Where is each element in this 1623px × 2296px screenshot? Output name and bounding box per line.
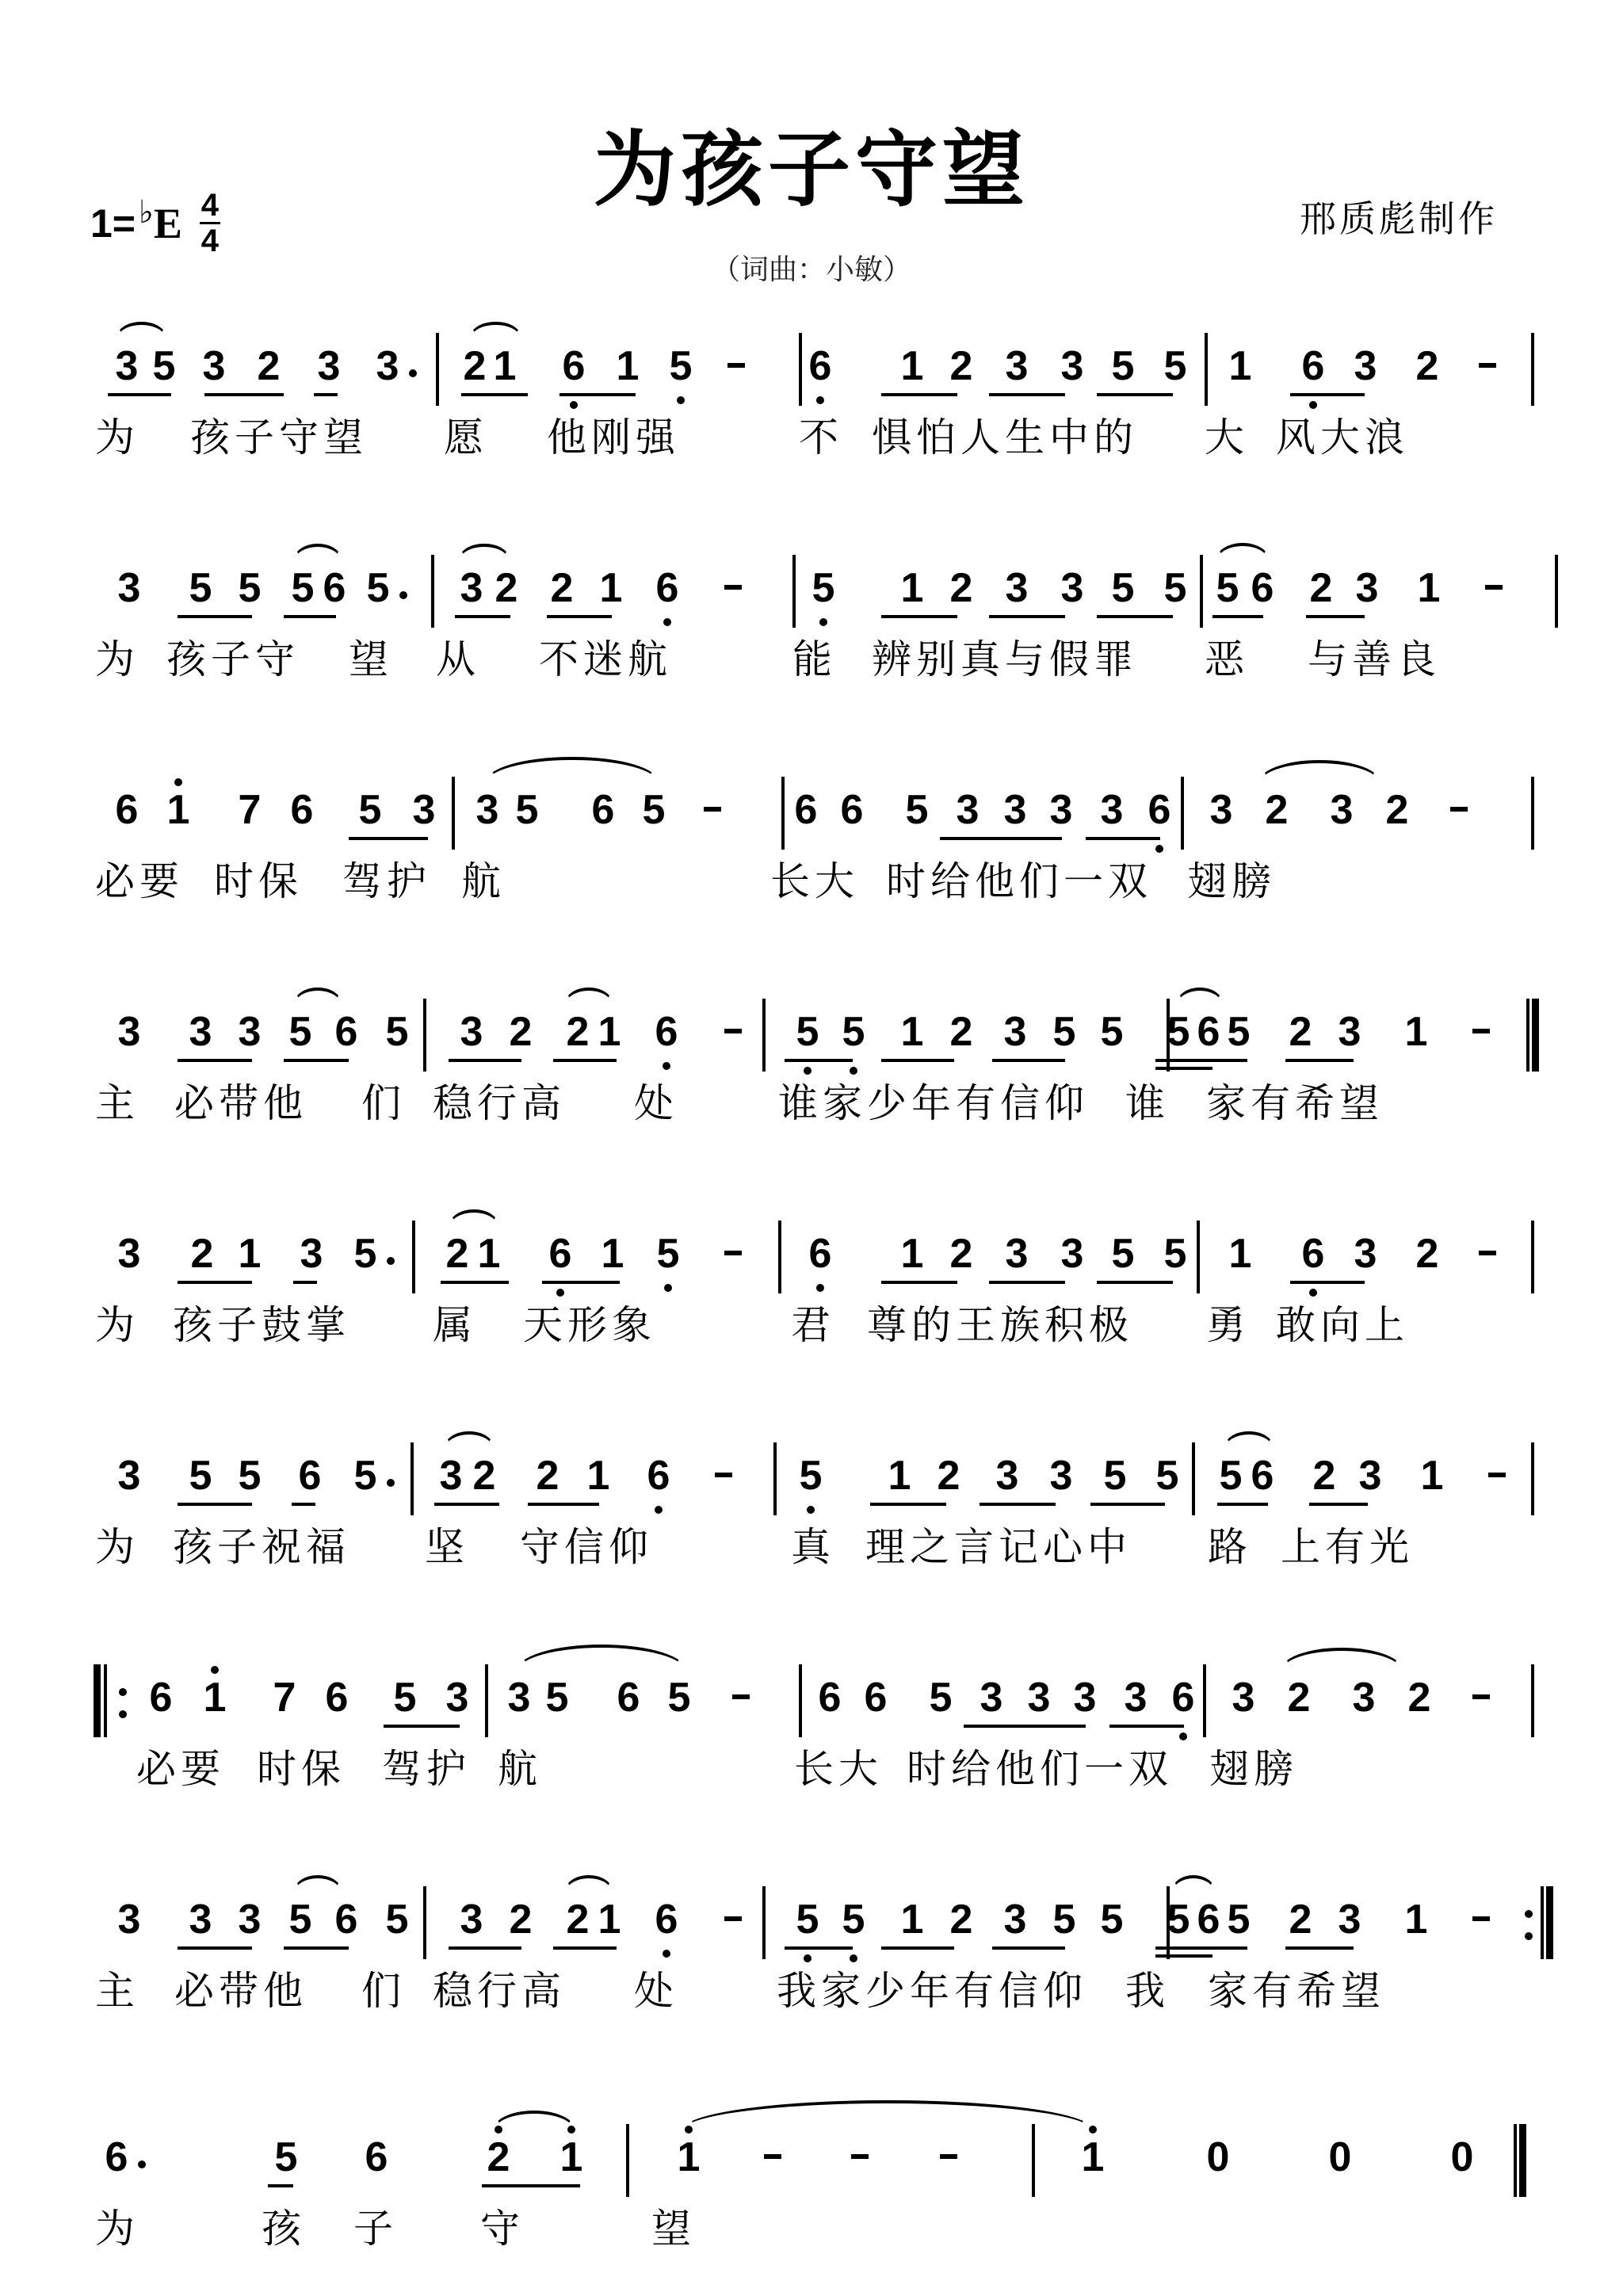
low-octave-dot (570, 401, 578, 409)
note: 6 (816, 1674, 843, 1721)
lyric-syllables: 孩子守望 (190, 414, 368, 461)
note: 3 (1122, 1674, 1149, 1721)
note: 2 (1406, 1674, 1433, 1721)
note: 0 (1205, 2134, 1232, 2181)
eighth-underline (881, 1059, 954, 1062)
barline (799, 333, 802, 406)
repeat-dots (1525, 1910, 1533, 1954)
note: 3 (1003, 564, 1030, 612)
note: 6 (792, 786, 819, 834)
note: 5 (391, 1674, 418, 1721)
lyric-syllables: 尊的王族积极 (867, 1301, 1133, 1349)
note: 3 (1003, 342, 1030, 390)
barline (1531, 1664, 1534, 1737)
note: 6 (838, 786, 865, 834)
lyric-syllables: 他刚强 (547, 414, 680, 461)
note: 3 (1002, 1896, 1029, 1943)
note: 1 (1403, 1896, 1430, 1943)
note: 1 (598, 564, 624, 612)
barline (1555, 555, 1558, 628)
note: 3 (374, 342, 401, 390)
note: 2 (1308, 564, 1335, 612)
note: 3 (236, 1896, 263, 1943)
slur (1216, 543, 1270, 561)
lyrics-line: 必要时保驾护航长大时给他们一双翅膀 (0, 1745, 1623, 1801)
low-octave-dot (664, 1284, 672, 1292)
lyrics-line: 为孩子鼓掌属天形象君尊的王族积极勇敢向上 (0, 1301, 1623, 1357)
barline (423, 1886, 426, 1959)
note: 2 (1414, 342, 1441, 390)
lyric-syllables: 为 (95, 2205, 135, 2252)
note: 6 (1249, 564, 1276, 612)
lyric-syllables: 时保 (214, 858, 303, 905)
sixteenth-underline (1155, 1954, 1212, 1958)
eighth-underline (449, 1946, 521, 1950)
note: 1 (899, 1896, 926, 1943)
note: 5 (1051, 1896, 1078, 1943)
eighth-underline (881, 393, 957, 396)
note: 3 (506, 1674, 533, 1721)
low-octave-dot (1155, 845, 1163, 853)
note: 5 (797, 1452, 824, 1499)
note: 3 (1003, 1230, 1030, 1278)
final-barline (1526, 999, 1539, 1072)
slur (116, 322, 167, 339)
note: 3 (978, 1674, 1005, 1721)
note: 5 (287, 1008, 314, 1056)
note: 2 (471, 1452, 498, 1499)
note: 3 (954, 786, 981, 834)
low-octave-dot (655, 1506, 663, 1514)
note: 6 (615, 1674, 642, 1721)
barline (799, 1664, 802, 1737)
note: 7 (236, 786, 263, 834)
low-octave-dot (850, 1954, 857, 1962)
note: 2 (1287, 1008, 1314, 1056)
note: 5 (666, 1674, 693, 1721)
notation-line: 35556532216512335556231 (0, 547, 1623, 634)
barline (1531, 1221, 1534, 1293)
lyric-syllables: 长大 (794, 1745, 883, 1793)
note: 3 (116, 1008, 143, 1056)
eighth-underline (559, 393, 636, 396)
note: 3 (187, 1896, 214, 1943)
barline (412, 1221, 415, 1293)
note: 1 (899, 1008, 926, 1056)
lyric-syllables: 子 (353, 2205, 393, 2252)
eighth-underline (384, 1725, 460, 1728)
low-octave-dot (677, 396, 685, 404)
note: 5 (514, 786, 540, 834)
note: 6 (653, 1008, 680, 1056)
note: 2 (1285, 1674, 1312, 1721)
note: 1 (1227, 1230, 1254, 1278)
note: 5 (151, 342, 178, 390)
high-octave-dot (211, 1666, 219, 1674)
lyric-syllables: 必要 (136, 1745, 225, 1793)
notation-line: 3556532216512335556231 (0, 1435, 1623, 1522)
lyric-syllables: 君 (791, 1301, 831, 1349)
note: 5 (384, 1896, 411, 1943)
note: 5 (655, 1230, 682, 1278)
note: 5 (1217, 1452, 1244, 1499)
sixteenth-underline (1285, 1946, 1354, 1950)
time-numerator: 4 (201, 190, 219, 220)
note: 5 (1162, 1230, 1189, 1278)
note: 5 (1109, 1230, 1136, 1278)
note: 3 (315, 342, 342, 390)
sixteenth-underline (1155, 1067, 1212, 1070)
note: 2 (507, 1896, 534, 1943)
note: 1 (236, 1230, 263, 1278)
lyric-syllables: 守信仰 (520, 1523, 653, 1571)
lyric-syllables: 翅膀 (1187, 858, 1276, 905)
lyric-syllables: 时给他们一双 (886, 858, 1152, 905)
eighth-underline (528, 1503, 599, 1506)
eighth-underline (785, 1059, 853, 1062)
low-octave-dot (663, 1950, 670, 1958)
note: 6 (1195, 1008, 1222, 1056)
lyric-syllables: 理之言记心中 (865, 1523, 1132, 1571)
low-octave-dot (850, 1067, 857, 1075)
note: 2 (564, 1896, 591, 1943)
note: 1 (1079, 2134, 1106, 2181)
eighth-underline (881, 615, 957, 618)
barline (1197, 1221, 1200, 1293)
note: 6 (296, 1452, 323, 1499)
barline (1181, 777, 1184, 850)
note: 2 (255, 342, 282, 390)
note: 3 (1048, 1452, 1075, 1499)
note: 3 (1048, 786, 1075, 834)
lyric-syllables: 不迷航 (539, 636, 672, 683)
lyric-syllables: 为 (95, 414, 135, 461)
lyric-syllables: 属 (433, 1301, 472, 1349)
augmentation-dot (387, 1257, 395, 1265)
barline (1203, 1664, 1206, 1737)
note: 5 (365, 564, 391, 612)
dash-extension (1472, 1029, 1490, 1033)
note: 1 (558, 2134, 585, 2181)
augmentation-dot (409, 369, 417, 377)
eighth-underline (980, 1503, 1056, 1506)
note: 5 (927, 1674, 954, 1721)
note: 2 (564, 1008, 591, 1056)
lyrics-line: 主必带他们稳行高处我家少年有信仰我家有希望 (0, 1967, 1623, 2023)
note: 2 (548, 564, 575, 612)
eighth-underline (1290, 393, 1365, 396)
note: 6 (323, 1674, 350, 1721)
eighth-underline (989, 1281, 1065, 1284)
eighth-underline (553, 1059, 617, 1062)
note: 3 (458, 564, 485, 612)
eighth-underline (553, 1946, 617, 1950)
note: 5 (236, 564, 263, 612)
note: 6 (1146, 786, 1173, 834)
note: 1 (886, 1452, 913, 1499)
lyric-syllables: 们 (361, 1079, 401, 1127)
lyric-syllables: 恶 (1205, 636, 1244, 683)
lyric-syllables: 能 (792, 636, 832, 683)
note: 3 (116, 564, 143, 612)
eighth-underline (284, 615, 336, 618)
note: 5 (1154, 1452, 1181, 1499)
note: 3 (1352, 342, 1379, 390)
augmentation-dot (399, 591, 407, 599)
eighth-underline (1090, 1503, 1165, 1506)
note: 5 (810, 564, 837, 612)
note: 3 (1071, 1674, 1098, 1721)
lyric-syllables: 长大 (770, 858, 859, 905)
repeat-start-barline (94, 1664, 106, 1737)
lyric-syllables: 家有希望 (1206, 1079, 1384, 1127)
lyric-syllables: 驾护 (382, 1745, 471, 1793)
note: 1 (675, 2134, 702, 2181)
barline (1032, 2124, 1035, 2197)
note: 5 (1162, 564, 1189, 612)
dash-extension (724, 585, 742, 590)
dash-extension (727, 363, 745, 368)
low-octave-dot (663, 1062, 670, 1070)
lyric-syllables: 我家少年有信仰 (777, 1967, 1087, 2015)
note: 6 (560, 342, 587, 390)
barline (1205, 333, 1208, 406)
note: 6 (113, 786, 140, 834)
note: 6 (1170, 1674, 1197, 1721)
slur (493, 2111, 575, 2130)
lyric-syllables: 处 (634, 1079, 674, 1127)
note: 3 (1350, 1674, 1377, 1721)
eighth-underline (349, 837, 428, 840)
note: 3 (1002, 786, 1029, 834)
note: 5 (794, 1008, 821, 1056)
lyrics-line: 为孩子祝福坚守信仰真理之言记心中路上有光 (0, 1523, 1623, 1579)
note: 5 (840, 1896, 867, 1943)
notation-line: 333565322165512355565231 (0, 991, 1623, 1078)
eighth-underline (1290, 1281, 1365, 1284)
note: 6 (103, 2134, 130, 2181)
low-octave-dot (1179, 1733, 1187, 1740)
note: 5 (1109, 342, 1136, 390)
note: 3 (458, 1896, 485, 1943)
repeat-dots (119, 1688, 127, 1733)
eighth-underline (1097, 1281, 1173, 1284)
note: 6 (645, 1452, 672, 1499)
note: 5 (840, 1008, 867, 1056)
dash-extension (724, 1029, 742, 1033)
note: 1 (596, 1008, 623, 1056)
note: 3 (116, 1230, 143, 1278)
dash-extension (1472, 1916, 1490, 1921)
dash-extension (1479, 363, 1496, 368)
dash-extension (732, 1694, 750, 1699)
note: 5 (1162, 342, 1189, 390)
lyric-syllables: 天形象 (523, 1301, 656, 1349)
slur (485, 757, 659, 783)
lyric-syllables: 处 (634, 1967, 674, 2015)
eighth-underline (314, 393, 338, 396)
note: 3 (1230, 1674, 1257, 1721)
dash-extension (1450, 807, 1468, 812)
note: 3 (1059, 342, 1086, 390)
eighth-underline (482, 2184, 580, 2187)
note: 5 (289, 564, 316, 612)
eighth-underline (178, 1059, 252, 1062)
eighth-underline (284, 1946, 349, 1950)
dash-extension (1479, 1251, 1496, 1255)
note: 3 (1336, 1896, 1363, 1943)
lyric-syllables: 稳行高 (433, 1079, 566, 1127)
note: 1 (1415, 564, 1442, 612)
note: 6 (653, 1896, 680, 1943)
note: 5 (236, 1452, 263, 1499)
note: 3 (187, 1008, 214, 1056)
dash-extension (724, 1251, 742, 1255)
barline (1531, 333, 1534, 406)
notation-line: 333565322165512355565231 (0, 1878, 1623, 1966)
note: 6 (333, 1008, 360, 1056)
barline (423, 999, 426, 1072)
lyric-syllables: 孩 (262, 2205, 301, 2252)
note: 2 (948, 1896, 975, 1943)
lyric-syllables: 谁 (1125, 1079, 1165, 1127)
lyric-syllables: 必要 (95, 858, 184, 905)
lyric-syllables: 时保 (257, 1745, 346, 1793)
barline (1167, 1886, 1170, 1959)
notation-line: 6176533565665333363232 (0, 1656, 1623, 1744)
lyrics-line: 为孩子守望从不迷航能辨别真与假罪恶与善良 (0, 636, 1623, 691)
dash-extension (1488, 1473, 1506, 1477)
lyric-syllables: 不 (799, 414, 838, 461)
lyricist-composer-credit: （词曲：小敏） (0, 247, 1623, 288)
lyric-syllables: 大 (1205, 414, 1244, 461)
slur (1224, 1431, 1274, 1449)
note: 1 (899, 342, 926, 390)
note: 1 (899, 564, 926, 612)
final-barline (1514, 2124, 1526, 2197)
barline (762, 1886, 766, 1959)
slur (293, 544, 342, 561)
note: 5 (544, 1674, 571, 1721)
eighth-underline (434, 1503, 499, 1506)
lyric-syllables: 望 (349, 636, 388, 683)
note: 2 (1263, 786, 1290, 834)
dash-extension (851, 2154, 869, 2159)
lyric-syllables: 路 (1208, 1523, 1247, 1571)
lyric-syllables: 孩子鼓掌 (173, 1301, 350, 1349)
note: 1 (201, 1674, 228, 1721)
time-signature: 4 4 (200, 190, 220, 256)
note: 5 (1225, 1008, 1252, 1056)
note: 2 (948, 564, 975, 612)
note: 1 (585, 1452, 612, 1499)
low-octave-dot (819, 618, 827, 626)
eighth-underline (449, 1059, 521, 1062)
note: 6 (654, 564, 681, 612)
barline (431, 555, 434, 628)
slur (1176, 988, 1224, 1005)
eighth-underline (461, 393, 528, 396)
eighth-underline (1309, 1503, 1368, 1506)
low-octave-dot (556, 1289, 564, 1297)
slur (1281, 1648, 1403, 1671)
note: 3 (1098, 786, 1125, 834)
note: 2 (1287, 1896, 1314, 1943)
eighth-underline (1212, 615, 1263, 618)
lyric-syllables: 惧怕人生中的 (872, 414, 1138, 461)
note: 0 (1327, 2134, 1354, 2181)
note: 3 (1059, 1230, 1086, 1278)
eighth-underline (547, 615, 612, 618)
lyric-syllables: 孩子守 (166, 636, 300, 683)
lyric-syllables: 真 (791, 1523, 831, 1571)
slur (469, 322, 522, 340)
sixteenth-underline (1285, 1059, 1354, 1062)
barline (1192, 1442, 1195, 1515)
note: 2 (461, 342, 488, 390)
note: 5 (357, 786, 384, 834)
note: 5 (1098, 1896, 1125, 1943)
lyric-syllables: 必带他 (174, 1079, 307, 1127)
note: 5 (352, 1230, 379, 1278)
lyrics-line: 为孩子守望愿他刚强不惧怕人生中的大风大浪 (0, 414, 1623, 469)
note: 6 (1249, 1452, 1276, 1499)
note: 3 (1208, 786, 1235, 834)
low-octave-dot (804, 1067, 811, 1075)
high-octave-dot (174, 778, 182, 786)
note: 3 (411, 786, 437, 834)
eighth-underline (992, 1059, 1065, 1062)
eighth-underline (1097, 393, 1173, 396)
eighth-underline (989, 615, 1065, 618)
note: 3 (444, 1674, 471, 1721)
lyric-syllables: 敢向上 (1276, 1301, 1409, 1349)
note: 1 (491, 342, 518, 390)
barline (1200, 555, 1203, 628)
note: 1 (614, 342, 641, 390)
slur (682, 2100, 1094, 2130)
eighth-underline (785, 1946, 853, 1950)
note: 2 (534, 1452, 561, 1499)
lyric-syllables: 主 (95, 1079, 135, 1127)
note: 5 (640, 786, 667, 834)
lyric-syllables: 航 (498, 1745, 537, 1793)
note: 2 (1311, 1452, 1338, 1499)
dash-extension (940, 2154, 957, 2159)
note: 2 (493, 564, 520, 612)
eighth-underline (178, 1281, 252, 1284)
barline (452, 777, 455, 850)
barline (485, 1664, 488, 1737)
augmentation-dot (138, 2160, 146, 2168)
note: 3 (1336, 1008, 1363, 1056)
note: 1 (599, 1230, 626, 1278)
barline (626, 2124, 629, 2197)
key-note: E (154, 199, 182, 248)
notation-line: 6176533565665333363232 (0, 769, 1623, 856)
lyric-syllables: 望 (651, 2205, 691, 2252)
notation-line: 6562111000 (0, 2116, 1623, 2203)
dash-extension (1472, 1694, 1490, 1699)
eighth-underline (1086, 837, 1160, 840)
low-octave-dot (1309, 401, 1317, 409)
note: 3 (1328, 786, 1355, 834)
lyric-syllables: 翅膀 (1209, 1745, 1298, 1793)
low-octave-dot (804, 1954, 811, 1962)
eighth-underline (881, 1281, 957, 1284)
low-octave-dot (1309, 1289, 1317, 1297)
note: 3 (458, 1008, 485, 1056)
